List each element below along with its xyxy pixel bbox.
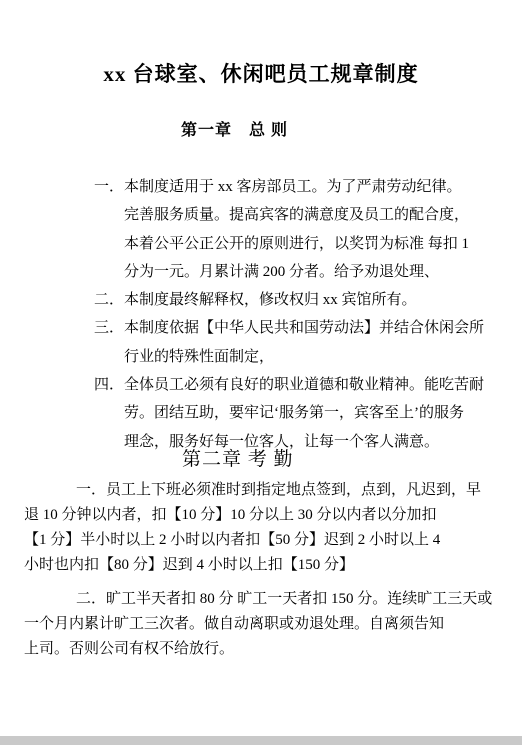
- text-line: 二．旷工半天者扣 80 分 旷工一天者扣 150 分。连续旷工三天或: [24, 587, 504, 612]
- attendance-paragraph: 一．员工上下班必须准时到指定地点签到，点到，凡迟到，早退 10 分钟以内者，扣【…: [24, 478, 504, 578]
- general-rules-list: 一．本制度适用于 xx 客房部员工。为了严肃劳动纪律。完善服务质量。提高宾客的满…: [94, 173, 494, 456]
- rule-item: 三．本制度依据【中华人民共和国劳动法】并结合休闲会所行业的特殊性面制定，: [94, 314, 494, 371]
- text-line: 一个月内累计旷工三次者。做自动离职或劝退处理。自离须告知: [24, 612, 504, 637]
- item-number-label: 四．: [94, 371, 124, 456]
- item-number-label: 二．: [94, 286, 124, 314]
- text-line: 一．员工上下班必须准时到指定地点签到，点到，凡迟到，早: [24, 478, 504, 503]
- item-number-label: 三．: [94, 314, 124, 371]
- page-bottom-edge: [0, 736, 522, 745]
- item-text: 全体员工必须有良好的职业道德和敬业精神。能吃苦耐劳。团结互助，要牢记‘服务第一，…: [124, 371, 494, 456]
- text-line: 本着公平公正公开的原则进行，以奖罚为标准 每扣 1: [124, 230, 494, 258]
- rule-item: 四．全体员工必须有良好的职业道德和敬业精神。能吃苦耐劳。团结互助，要牢记‘服务第…: [94, 371, 494, 456]
- item-text: 本制度依据【中华人民共和国劳动法】并结合休闲会所行业的特殊性面制定，: [124, 314, 494, 371]
- document-title: xx 台球室、休闲吧员工规章制度: [0, 58, 522, 88]
- text-line: 劳。团结互助，要牢记‘服务第一，宾客至上’的服务: [124, 399, 494, 427]
- text-line: 行业的特殊性面制定，: [124, 343, 494, 371]
- text-line: 全体员工必须有良好的职业道德和敬业精神。能吃苦耐: [124, 371, 494, 399]
- text-line: 本制度最终解释权，修改权归 xx 宾馆所有。: [124, 286, 494, 314]
- text-line: 退 10 分钟以内者，扣【10 分】10 分以上 30 分以内者以分加扣: [24, 503, 504, 528]
- chapter-2-heading: 第二章 考 勤: [182, 444, 294, 471]
- text-line: 理念，服务好每一位客人，让每一个客人满意。: [124, 428, 494, 456]
- rule-item: 二．本制度最终解释权，修改权归 xx 宾馆所有。: [94, 286, 494, 314]
- text-line: 完善服务质量。提高宾客的满意度及员工的配合度，: [124, 201, 494, 229]
- rule-item: 一．本制度适用于 xx 客房部员工。为了严肃劳动纪律。完善服务质量。提高宾客的满…: [94, 173, 494, 286]
- text-line: 本制度依据【中华人民共和国劳动法】并结合休闲会所: [124, 314, 494, 342]
- attendance-rules-section: 一．员工上下班必须准时到指定地点签到，点到，凡迟到，早退 10 分钟以内者，扣【…: [24, 478, 504, 662]
- item-text: 本制度适用于 xx 客房部员工。为了严肃劳动纪律。完善服务质量。提高宾客的满意度…: [124, 173, 494, 286]
- text-line: 分为一元。月累计满 200 分者。给予劝退处理、: [124, 258, 494, 286]
- attendance-paragraph: 二．旷工半天者扣 80 分 旷工一天者扣 150 分。连续旷工三天或一个月内累计…: [24, 587, 504, 662]
- chapter-1-heading: 第一章 总 则: [181, 117, 288, 140]
- item-number-label: 一．: [94, 173, 124, 286]
- text-line: 【1 分】半小时以上 2 小时以内者扣【50 分】迟到 2 小时以上 4: [24, 528, 504, 553]
- document-page: xx 台球室、休闲吧员工规章制度 第一章 总 则 一．本制度适用于 xx 客房部…: [0, 0, 522, 745]
- item-text: 本制度最终解释权，修改权归 xx 宾馆所有。: [124, 286, 494, 314]
- text-line: 本制度适用于 xx 客房部员工。为了严肃劳动纪律。: [124, 173, 494, 201]
- text-line: 上司。否则公司有权不给放行。: [24, 637, 504, 662]
- text-line: 小时也内扣【80 分】迟到 4 小时以上扣【150 分】: [24, 553, 504, 578]
